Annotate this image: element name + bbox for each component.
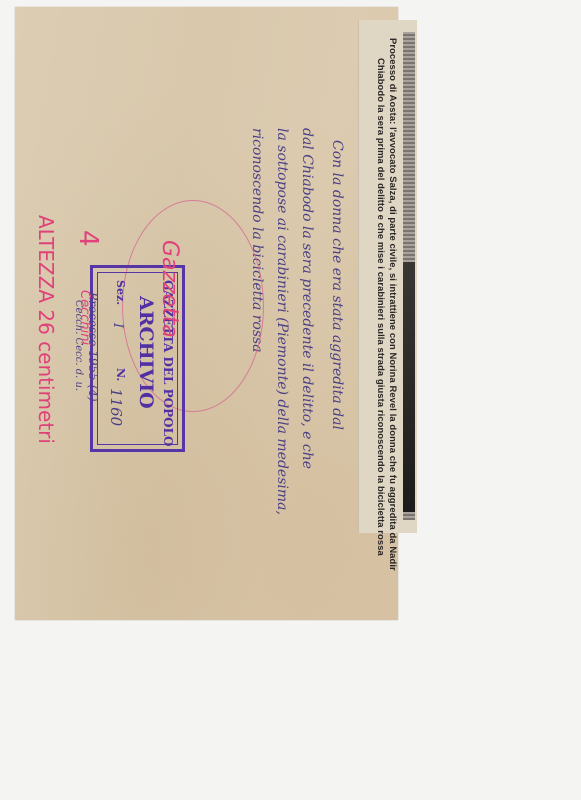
handwritten-line-3: la sottopose ai carabinieri (Piemonte) d…	[274, 128, 290, 515]
stamp-section-value: I	[110, 323, 125, 328]
newspaper-clipping: Processo di Aosta: l'avvocato Salza, di …	[358, 20, 417, 533]
handwritten-line-2: dal Chiabodo la sera precedente il delit…	[299, 128, 315, 469]
pink-height-note: ALTEZZA 26 centimetri	[34, 215, 58, 444]
stamp-subtitle: ARCHIVIO	[135, 296, 157, 409]
clipping-photo-edge	[403, 32, 415, 520]
pink-name-note: Cecchini	[77, 290, 92, 345]
stamp-number-label: N.	[114, 368, 127, 381]
handwritten-line-1: Con la donna che era stata aggredita dal	[329, 140, 345, 430]
stamp-number-value: 1160	[107, 388, 125, 426]
stamp-section-label: Sez.	[114, 280, 127, 305]
pink-stamp-overwrite: Gazzetta	[157, 240, 182, 338]
pink-number: 4	[73, 230, 103, 247]
clipping-caption-line-2: Chiabodo la sera prima del delitto e che…	[376, 58, 387, 556]
clipping-caption-line-1: Processo di Aosta: l'avvocato Salza, di …	[388, 38, 399, 571]
